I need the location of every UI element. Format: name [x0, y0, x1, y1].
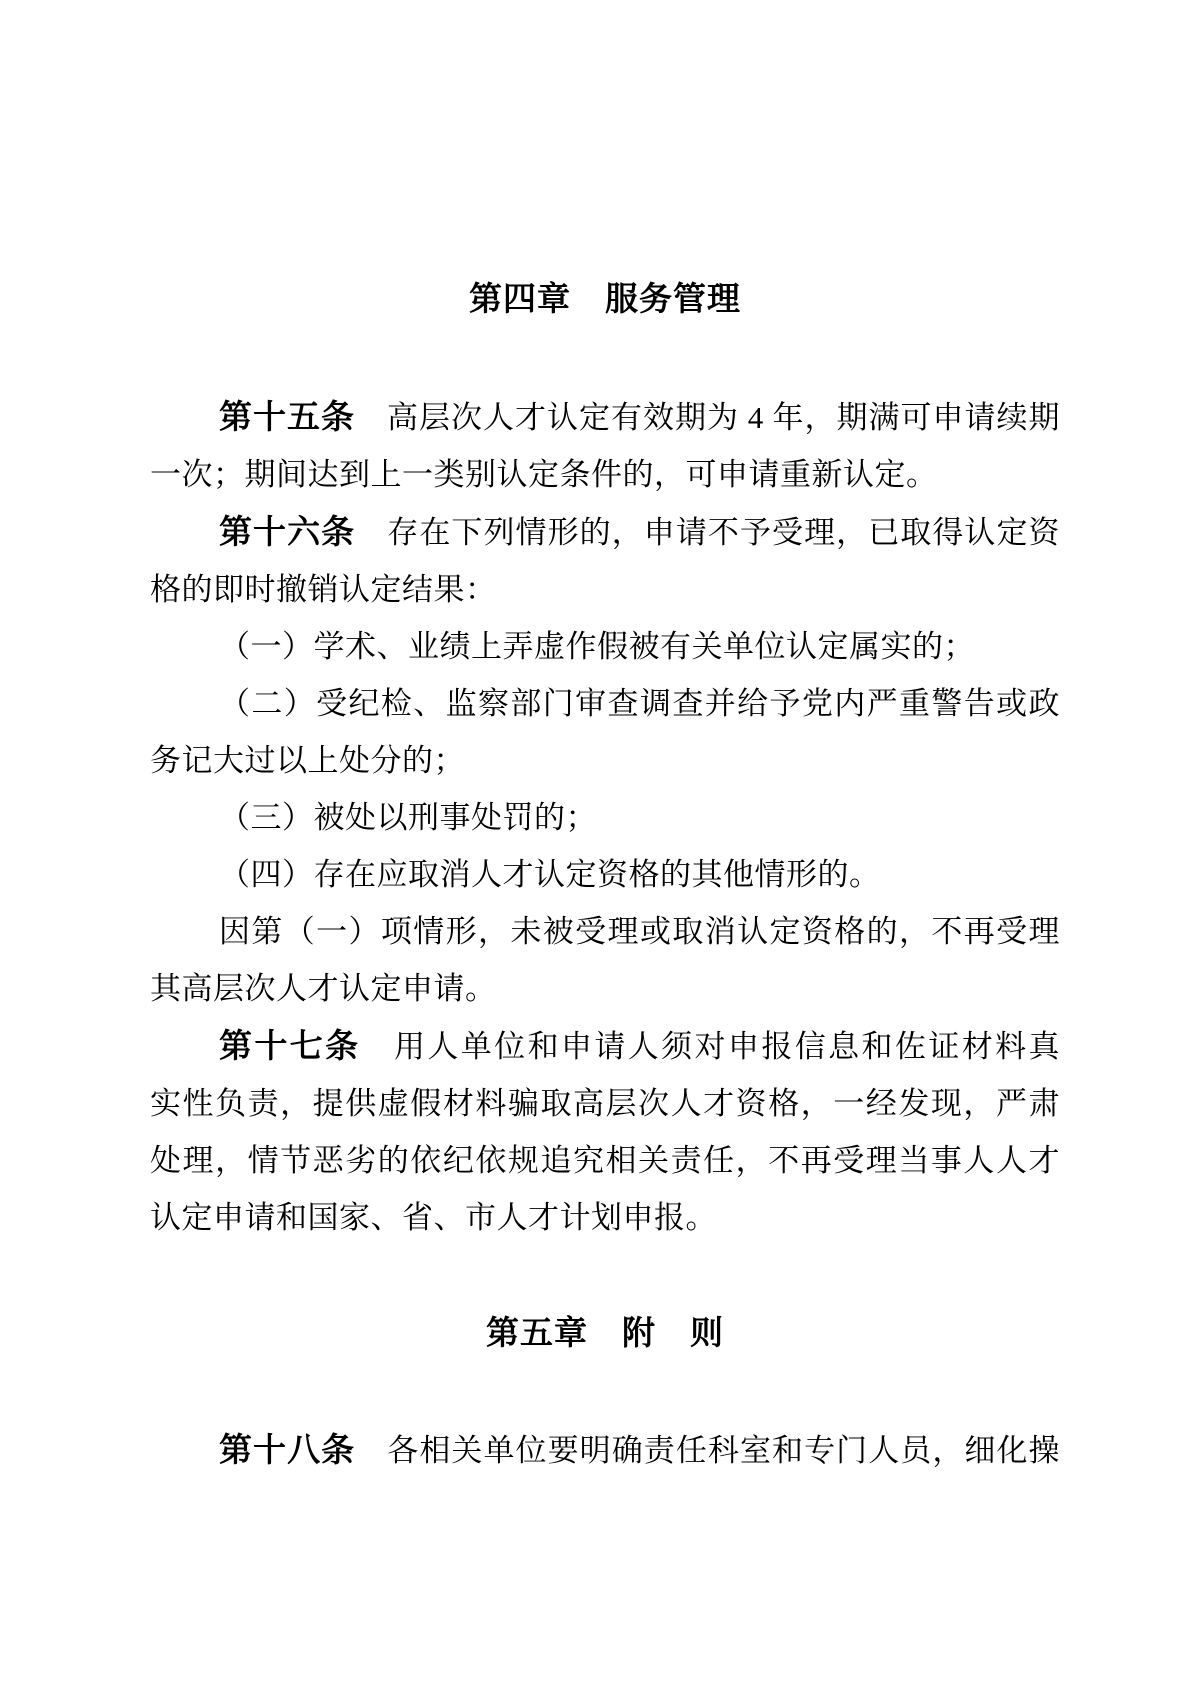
article18-line1-text: 各相关单位要明确责任科室和专门人员，细化操: [355, 1433, 1060, 1468]
article18-number: 第十八条: [219, 1431, 355, 1468]
article18-line1: 第十八条 各相关单位要明确责任科室和专门人员，细化操: [150, 1421, 1060, 1479]
article16-paragraph: 第十六条 存在下列情形的，申请不予受理，已取得认定资 格的即时撤销认定结果：: [150, 503, 1060, 618]
article16-item2-line2: 务记大过以上处分的；: [150, 732, 1060, 789]
article16-closing-line1: 因第（一）项情形，未被受理或取消认定资格的，不再受理: [150, 903, 1060, 960]
article15-line2: 一次；期间达到上一类别认定条件的，可申请重新认定。: [150, 446, 1060, 503]
article16-item3-line1: （三）被处以刑事处罚的；: [150, 789, 1060, 846]
article16-number: 第十六条: [219, 513, 355, 550]
article17-line1: 第十七条 用人单位和申请人须对申报信息和佐证材料真: [150, 1017, 1060, 1075]
article16-line1-text: 存在下列情形的，申请不予受理，已取得认定资: [355, 515, 1060, 550]
article16-item2: （二）受纪检、监察部门审查调查并给予党内严重警告或政 务记大过以上处分的；: [150, 675, 1060, 789]
chapter4-heading: 第四章 服务管理: [150, 270, 1060, 327]
article16-item2-line1: （二）受纪检、监察部门审查调查并给予党内严重警告或政: [150, 675, 1060, 732]
article17-number: 第十七条: [219, 1027, 361, 1064]
document-page: 第四章 服务管理 第十五条 高层次人才认定有效期为 4 年，期满可申请续期 一次…: [0, 0, 1191, 1684]
article17-paragraph: 第十七条 用人单位和申请人须对申报信息和佐证材料真 实性负责，提供虚假材料骗取高…: [150, 1017, 1060, 1246]
article16-line1: 第十六条 存在下列情形的，申请不予受理，已取得认定资: [150, 503, 1060, 561]
article15-paragraph: 第十五条 高层次人才认定有效期为 4 年，期满可申请续期 一次；期间达到上一类别…: [150, 388, 1060, 503]
article15-line1-text: 高层次人才认定有效期为 4 年，期满可申请续期: [355, 400, 1060, 435]
article17-line4: 认定申请和国家、省、市人才计划申报。: [150, 1189, 1060, 1246]
chapter5-heading: 第五章 附 则: [150, 1304, 1060, 1361]
article18-paragraph: 第十八条 各相关单位要明确责任科室和专门人员，细化操: [150, 1421, 1060, 1479]
article17-line3: 处理，情节恶劣的依纪依规追究相关责任，不再受理当事人人才: [150, 1132, 1060, 1189]
article15-number: 第十五条: [219, 398, 355, 435]
article16-closing-line2: 其高层次人才认定申请。: [150, 960, 1060, 1017]
article16-item3: （三）被处以刑事处罚的；: [150, 789, 1060, 846]
article15-line1: 第十五条 高层次人才认定有效期为 4 年，期满可申请续期: [150, 388, 1060, 446]
page-content: 第四章 服务管理 第十五条 高层次人才认定有效期为 4 年，期满可申请续期 一次…: [150, 270, 1060, 1479]
article16-item4: （四）存在应取消人才认定资格的其他情形的。: [150, 846, 1060, 903]
article16-closing-paragraph: 因第（一）项情形，未被受理或取消认定资格的，不再受理 其高层次人才认定申请。: [150, 903, 1060, 1017]
article17-line1-text: 用人单位和申请人须对申报信息和佐证材料真: [361, 1029, 1060, 1064]
article16-item1: （一）学术、业绩上弄虚作假被有关单位认定属实的；: [150, 618, 1060, 675]
article16-item1-line1: （一）学术、业绩上弄虚作假被有关单位认定属实的；: [150, 618, 1060, 675]
article17-line2: 实性负责，提供虚假材料骗取高层次人才资格，一经发现，严肃: [150, 1075, 1060, 1132]
article16-item4-line1: （四）存在应取消人才认定资格的其他情形的。: [150, 846, 1060, 903]
article16-line2: 格的即时撤销认定结果：: [150, 561, 1060, 618]
